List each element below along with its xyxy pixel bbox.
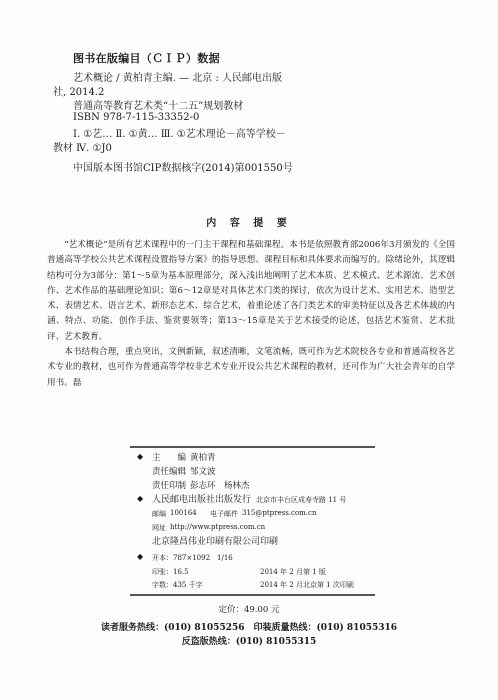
price: 定价：49.00 元 [0,603,498,615]
top-divider [130,446,375,448]
hotline-anti-piracy: 反盗版热线：(010) 81055315 [0,634,498,647]
cip-line-2: 社, 2014.2 [53,86,104,100]
postcode-label: 邮编 [152,509,166,519]
spec-words: 字数：435 千字 [152,580,203,590]
web-url: http://www.ptpress.com.cn [170,523,265,531]
spec-sheets: 印张：16.5 [152,567,189,577]
postcode: 100164 [170,509,197,517]
web-label: 网址 [152,523,166,533]
hotline-service-quality: 读者服务热线：(010) 81055256 印装质量热线：(010) 81055… [0,620,498,633]
summary-title: 内 容 提 要 [0,214,498,229]
summary-paragraph-2: 本书结构合理，重点突出，文例新颖，叙述清晰，文笔流畅，既可作为艺术院校各专业和普… [47,345,455,391]
diamond-bullet-icon: ◆ [137,452,143,461]
cip-line-6: 教材 Ⅳ. ①J0 [53,142,112,156]
publisher: 人民邮电出版社出版发行 [152,493,251,507]
chief-editor-label: 主 编 [152,451,186,465]
cip-isbn: ISBN 978-7-115-33352-0 [73,111,199,125]
responsible-print: 彭志环 杨林杰 [190,479,250,493]
chief-editor: 黄柏青 [190,451,216,465]
spec-format: 开本：787×1092 1/16 [152,553,233,563]
responsible-editor-label: 责任编辑 [152,465,186,479]
bottom-divider [130,594,375,596]
cip-record: 中国版本图书馆CIP数据核字(2014)第001550号 [73,162,293,176]
summary-body: “艺术概论”是所有艺术课程中的一门主干课程和基础课程。本书是依照教育部2006年… [47,238,455,391]
diamond-bullet-icon: ◆ [137,494,143,503]
printer: 北京隆昌伟业印刷有限公司印刷 [152,535,278,549]
email-label: 电子邮件 [210,509,238,519]
responsible-print-label: 责任印制 [152,479,186,493]
responsible-editor: 邹文波 [190,465,216,479]
cip-title: 图书在版编目（ＣＩＰ）数据 [73,50,220,66]
spec-printing: 2014 年 2 月北京第 1 次印刷 [260,580,354,590]
cip-line-1: 艺术概论 / 黄柏青主编. — 北京 : 人民邮电出版 [73,72,282,86]
diamond-bullet-icon: ◆ [137,552,143,561]
spec-edition: 2014 年 2 月第 1 版 [260,567,326,577]
email: 315@ptpress.com.cn [242,509,316,517]
summary-paragraph-1: “艺术概论”是所有艺术课程中的一门主干课程和基础课程。本书是依照教育部2006年… [47,238,455,345]
cip-line-5: Ⅰ. ①艺… Ⅱ. ①黄… Ⅲ. ①艺术理论－高等学校－ [73,128,286,142]
publisher-address: 北京市丰台区成寿寺路 11 号 [256,495,346,505]
